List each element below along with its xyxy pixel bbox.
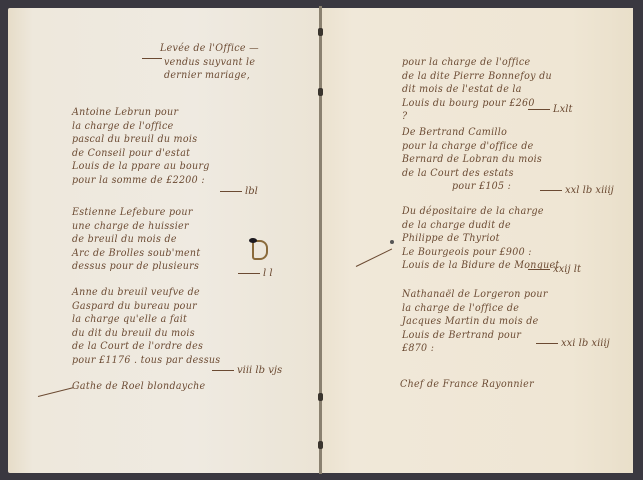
entry-line: Jacques Martin du mois de [402,314,548,329]
left-entry-1: Antoine Lebrun pour la charge de l'offic… [72,106,210,187]
entry-line: de la Court de l'ordre des [72,339,220,354]
entry-tally: xxi lb xiiij [536,338,610,349]
right-footer: Chef de France Rayonnier [400,378,534,392]
footer-line: Gathe de Roel blondayche [72,379,205,394]
heading-line: Levée de l'Office — [160,41,259,56]
entry-line: Du dépositaire de la charge [402,204,560,219]
entry-line: pour la charge de l'office [402,55,552,70]
entry-line: Nathanaël de Lorgeron pour [402,287,548,302]
binding-stitch [318,88,323,96]
binding-gutter [319,6,322,474]
entry-line: Estienne Lefebure pour [72,205,200,220]
entry-line: Louis de la ppare au bourg [72,159,210,174]
binding-stitch [318,393,323,401]
flourish [142,58,162,59]
heading-line: dernier mariage, [164,68,259,83]
ink-blot [252,240,268,260]
entry-line: £870 : [402,341,548,356]
left-entry-2: Estienne Lefebure pour une charge de hui… [72,206,200,274]
right-entry-3: Du dépositaire de la charge de la charge… [402,205,560,273]
entry-line: pour £105 : [452,179,542,194]
entry-tally: xxl lb xiiij [540,185,614,196]
entry-line: dessus pour de plusieurs [72,259,200,274]
entry-line: pour la somme de £2200 : [72,173,210,188]
entry-line: Bernard de Lobran du mois [402,152,542,167]
entry-tally: xxij lt [528,264,581,275]
entry-line: Anne du breuil veufve de [72,285,220,300]
binding-stitch [318,441,323,449]
entry-line: Antoine Lebrun pour [72,105,210,120]
entry-tally: Lxlt [528,104,573,115]
entry-tally: l l [238,268,273,279]
left-heading: Levée de l'Office — vendus suyvant le de… [160,42,259,83]
entry-line: pascal du breuil du mois [72,132,210,147]
entry-line: De Bertrand Camillo [402,125,542,140]
entry-tally: viii lb vjs [212,365,282,376]
right-entry-2: De Bertrand Camillo pour la charge d'off… [402,126,542,194]
entry-line: de breuil du mois de [72,232,200,247]
entry-line: pour £1176 . tous par dessus [72,353,220,368]
entry-line: dit mois de l'estat de la [402,82,552,97]
left-entry-3: Anne du breuil veufve de Gaspard du bure… [72,286,220,367]
right-entry-4: Nathanaël de Lorgeron pour la charge de … [402,288,548,356]
binding-stitch [318,28,323,36]
entry-line: Philippe de Thyriot [402,231,560,246]
entry-line: la charge qu'elle a fait [72,312,220,327]
left-footer: Gathe de Roel blondayche [72,380,205,394]
ink-spot [390,240,394,244]
entry-tally: lbl [220,186,258,197]
footer-line: Chef de France Rayonnier [400,377,534,392]
